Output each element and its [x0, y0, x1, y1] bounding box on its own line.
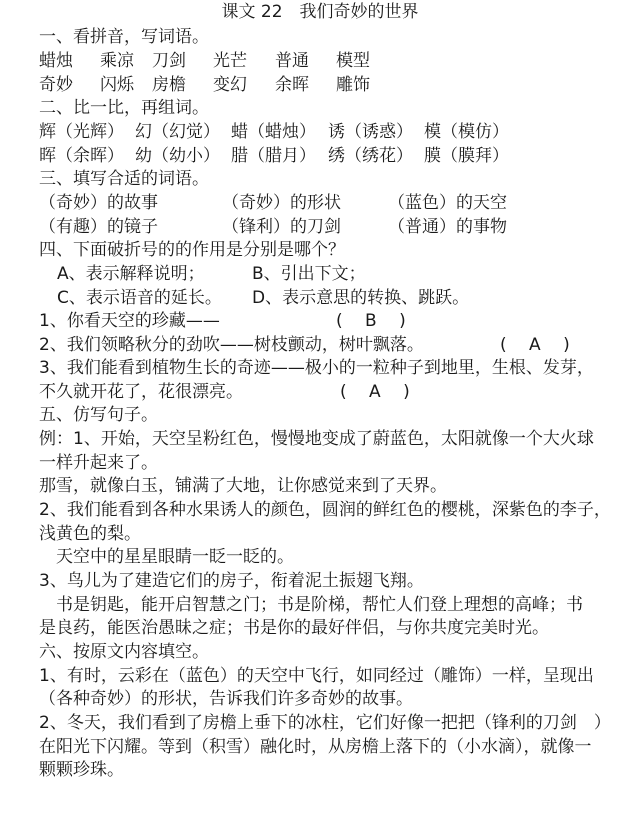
compare-cell: 绣（绣花）	[328, 145, 413, 167]
word-cell: 乘凉	[100, 50, 134, 72]
compare-cell: 诱（诱惑）	[328, 121, 413, 143]
word-cell: 刀剑	[152, 50, 186, 72]
word-cell: 奇妙	[39, 74, 73, 96]
word-cell: 蜡烛	[39, 50, 73, 72]
fill-cell: （有趣）的镜子	[39, 216, 158, 238]
page-title: 课文 22 我们奇妙的世界	[0, 1, 640, 23]
section5-heading: 五、仿写句子。	[39, 404, 158, 426]
answer-3-cont: 是良药，能医治愚昧之症；书是你的最好伴侣，与你共度完美时光。	[39, 617, 549, 639]
question-1: 1、你看天空的珍藏——	[39, 310, 220, 332]
compare-cell: 蜡（蜡烛）	[231, 121, 316, 143]
example-2: 2、我们能看到各种水果诱人的颜色，圆润的鲜红色的樱桃，深紫色的李子，	[39, 499, 611, 521]
compare-cell: 膜（膜拜）	[424, 145, 509, 167]
word-cell: 模型	[336, 50, 370, 72]
fill-cell: （蓝色）的天空	[388, 192, 507, 214]
fill-question-2-cont: 在阳光下闪耀。等到（积雪）融化时，从房檐上落下的（小水滴），就像一	[39, 736, 592, 758]
answer-1: ( B )	[336, 310, 406, 332]
section6-heading: 六、按原文内容填空。	[39, 641, 209, 663]
question-3-cont: 不久就开花了，花很漂亮。	[39, 381, 243, 403]
word-cell: 普通	[275, 50, 309, 72]
fill-question-2: 2、冬天，我们看到了房檐上垂下的冰柱，它们好像一把把（锋利的刀剑 ）	[39, 712, 611, 734]
option-a: A、表示解释说明；	[57, 263, 205, 285]
answer-1: 那雪，就像白玉，铺满了大地，让你感觉来到了天界。	[39, 475, 447, 497]
fill-question-1: 1、有时，云彩在（蓝色）的天空中飞行，如同经过（雕饰）一样，呈现出	[39, 665, 594, 687]
fill-question-2-end: 颗颗珍珠。	[39, 759, 124, 781]
answer-2: ( A )	[500, 334, 570, 356]
example-2-cont: 浅黄色的梨。	[39, 523, 141, 545]
fill-question-1-cont: （各种奇妙）的形状，告诉我们许多奇妙的故事。	[39, 688, 413, 710]
example-3: 3、鸟儿为了建造它们的房子，衔着泥土振翅飞翔。	[39, 570, 424, 592]
example-1-cont: 一样升起来了。	[39, 452, 158, 474]
option-c: C、表示语音的延长。	[57, 287, 222, 309]
answer-2: 天空中的星星眼睛一眨一眨的。	[39, 546, 294, 568]
compare-cell: 腊（腊月）	[231, 145, 316, 167]
question-3: 3、我们能看到植物生长的奇迹——极小的一粒种子到地里，生根、发芽，	[39, 357, 594, 379]
fill-cell: （奇妙）的故事	[39, 192, 158, 214]
compare-cell: 幼（幼小）	[135, 145, 220, 167]
fill-cell: （锋利）的刀剑	[222, 216, 341, 238]
word-cell: 雕饰	[336, 74, 370, 96]
word-cell: 闪烁	[100, 74, 134, 96]
example-1: 例：1、开始，天空呈粉红色，慢慢地变成了蔚蓝色，太阳就像一个大火球	[39, 428, 594, 450]
section4-heading: 四、下面破折号的的作用是分别是哪个？	[39, 239, 345, 261]
question-2: 2、我们领略秋分的劲吹——树枝颤动，树叶飘落。	[39, 334, 424, 356]
compare-cell: 幻（幻觉）	[135, 121, 220, 143]
compare-cell: 辉（光辉）	[39, 121, 124, 143]
section2-heading: 二、比一比，再组词。	[39, 97, 209, 119]
answer-3: 书是钥匙，能开启智慧之门；书是阶梯，帮忙人们登上理想的高峰；书	[39, 594, 583, 616]
fill-cell: （奇妙）的形状	[222, 192, 341, 214]
section3-heading: 三、填写合适的词语。	[39, 168, 209, 190]
word-cell: 变幻	[213, 74, 247, 96]
option-b: B、引出下文；	[252, 263, 366, 285]
word-cell: 房檐	[152, 74, 186, 96]
fill-cell: （普通）的事物	[388, 216, 507, 238]
section1-heading: 一、看拼音，写词语。	[39, 26, 209, 48]
word-cell: 光芒	[213, 50, 247, 72]
word-cell: 余晖	[275, 74, 309, 96]
compare-cell: 模（模仿）	[424, 121, 509, 143]
answer-3: ( A )	[340, 381, 410, 403]
option-d: D、表示意思的转换、跳跃。	[252, 287, 469, 309]
compare-cell: 晖（余晖）	[39, 145, 124, 167]
